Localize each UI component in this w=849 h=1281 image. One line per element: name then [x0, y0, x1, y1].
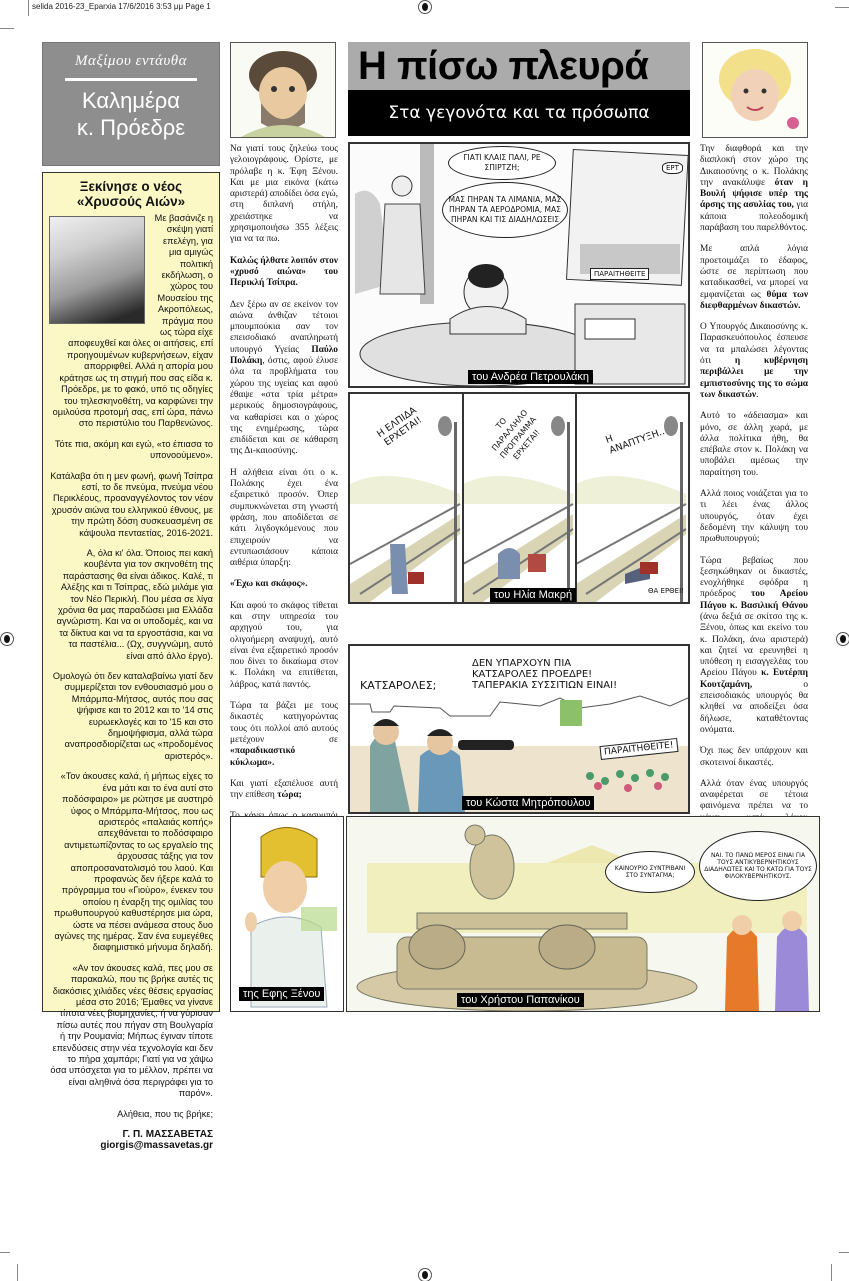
cartoon-credit: της Εφης Ξένου — [239, 987, 324, 1001]
paragraph: Αλήθεια, που τις βρήκε; — [49, 1109, 213, 1120]
section-title: Η πίσω πλευρά — [348, 42, 690, 90]
tv-logo: ΕΡΤ — [662, 162, 683, 174]
paragraph: Όχι πως δεν υπάρχουν και σκοτεινοί δικασ… — [700, 746, 808, 769]
paragraph: Δεν ξέρω αν σε εκείνον τον αιώνα άνθιζαν… — [230, 300, 338, 458]
paragraph: Καλώς ήλθατε λοιπόν στον «χρυσό αιώνα» τ… — [230, 256, 338, 290]
cartoon-mitropoulos: ΚΑΤΣΑΡΟΛΕΣ; ΔΕΝ ΥΠΑΡΧΟΥΝ ΠΙΑ ΚΑΤΣΑΡΟΛΕΣ … — [348, 644, 690, 814]
tv-banner: ΠΑΡΑΙΤΗΘΕΙΤΕ — [590, 268, 649, 280]
print-slug: selida 2016-23_Eparxia 17/6/2016 3:53 μμ… — [32, 2, 211, 11]
crop-mark — [839, 1252, 849, 1253]
paragraph-text: . — [756, 390, 758, 400]
paragraph: Την διαφθορά και την διαπλοκή στον χώρο … — [700, 144, 808, 234]
speech-bubble: ΝΑΙ. ΤΟ ΠΑΝΩ ΜΕΡΟΣ ΕΙΝΑΙ ΓΙΑ ΤΟΥΣ ΑΝΤΙΚΥ… — [699, 831, 817, 901]
registration-mark-icon — [418, 0, 432, 14]
speech-text: ΔΕΝ ΥΠΑΡΧΟΥΝ ΠΙΑ ΚΑΤΣΑΡΟΛΕΣ ΠΡΟΕΔΡΕ! ΤΑΠ… — [472, 658, 622, 691]
crop-mark — [0, 1252, 10, 1253]
commentary-column: Να γιατί τους ζηλεύω τους γελοιογράφους.… — [230, 144, 338, 888]
crop-mark — [28, 0, 29, 16]
cartoon-credit: του Ηλία Μακρή — [490, 588, 576, 602]
paragraph: Τότε πια, ακόμη και εγώ, «το έπιασα το υ… — [49, 439, 213, 462]
paragraph: Αυτό το «άδειασμα» και μόνο, σε άλλη χωρ… — [700, 411, 808, 479]
headline-line: «Χρυσούς Αιών» — [77, 194, 185, 209]
author-photo — [49, 216, 145, 324]
speech-text: ΚΑΤΣΑΡΟΛΕΣ; — [360, 680, 436, 691]
paragraph: Με απλά λόγια προετοιμάζει το έδαφος, ώσ… — [700, 244, 808, 312]
speech-bubble: ΓΙΑΤΙ ΚΛΑΙΣ ΠΑΛΙ, ΡΕ ΣΠΙΡΤΖΗ; — [448, 146, 556, 180]
registration-mark-icon — [0, 632, 14, 646]
speech-bubble: ΜΑΣ ΠΗΡΑΝ ΤΑ ΛΙΜΑΝΙΑ, ΜΑΣ ΠΗΡΑΝ ΤΑ ΑΕΡΟΔ… — [442, 182, 568, 238]
paragraph: Και αφού το σκάφος τίθεται και στην υπηρ… — [230, 601, 338, 691]
bold-text: «Έχω και σκάφος». — [230, 579, 308, 589]
paragraph: «Έχω και σκάφος». — [230, 579, 338, 590]
column-kicker: Μαξίμου εντάυθα — [43, 53, 219, 70]
crop-mark — [17, 1264, 18, 1281]
paragraph: «Τον άκουσες καλά, ή μήπως είχες το ένα … — [49, 771, 213, 954]
paragraph: Με βασάνιζε η σκέψη γιατί επελέγη, για μ… — [49, 213, 213, 430]
cartoon-papanikou: ΚΑΙΝΟΥΡΙΟ ΣΥΝΤΡΙΒΑΝΙ ΣΤΟ ΣΥΝΤΑΓΜΑ; ΝΑΙ. … — [346, 816, 820, 1012]
commentary-column-right: Την διαφθορά και την διαπλοκή στον χώρο … — [700, 144, 808, 868]
column-title: Καλημέρα — [43, 87, 219, 114]
cartoon-xenou: της Εφης Ξένου — [230, 816, 344, 1012]
headline-line: Ξεκίνησε ο νέος — [80, 179, 182, 194]
bold-text: Καλώς ήλθατε λοιπόν στον «χρυσό αιώνα» τ… — [230, 256, 338, 289]
column-title: κ. Πρόεδρε — [43, 114, 219, 141]
paragraph: «Αν τον άκουσες καλά, πες μου σε παρακαλ… — [49, 963, 213, 1100]
paragraph: Αλλά ποιος νοιάζεται για το τι λέει ένας… — [700, 489, 808, 545]
cartoon-credit: του Ανδρέα Πετρουλάκη — [468, 370, 593, 384]
speech-bubble: ΚΑΙΝΟΥΡΙΟ ΣΥΝΤΡΙΒΑΝΙ ΣΤΟ ΣΥΝΤΑΓΜΑ; — [605, 851, 695, 893]
caricature-thanou — [702, 42, 808, 138]
bold-text: «παραδικαστικό κύκλωμα». — [230, 746, 295, 767]
cartoon-credit: του Κώστα Μητρόπουλου — [462, 796, 594, 810]
paragraph: Ο Υπουργός Δικαιοσύνης κ. Παρασκευόπουλο… — [700, 322, 808, 401]
registration-mark-icon — [418, 1268, 432, 1281]
section-subtitle: Στα γεγονότα και τα πρόσωπα — [348, 90, 690, 136]
article-headline: Ξεκίνησε ο νέος «Χρυσούς Αιών» — [49, 179, 213, 209]
crop-mark — [0, 28, 14, 29]
opinion-article: Ξεκίνησε ο νέος «Χρυσούς Αιών» Με βασάνι… — [42, 172, 220, 1012]
divider — [65, 78, 197, 81]
cartoon-credit: του Χρήστου Παπανίκου — [457, 993, 584, 1007]
author-name: Γ. Π. ΜΑΣΣΑΒΕΤΑΣ — [49, 1129, 213, 1140]
column-header: Μαξίμου εντάυθα Καλημέρα κ. Πρόεδρε — [42, 42, 220, 166]
crop-mark — [835, 7, 849, 8]
paragraph: Τώρα βεβαίως που ξεσηκώθηκαν οι δικαστές… — [700, 556, 808, 737]
speech-bubble: ΘΑ ΕΡΘΕΙ! — [648, 586, 684, 597]
paragraph: Κατάλαβα ότι η μεν φωνή, φωνή Τσίπρα εστ… — [49, 471, 213, 539]
paragraph: Α, όλα κι' όλα. Όποιος πει κακή κουβέντα… — [49, 548, 213, 662]
paragraph: Και γιατί εξαπέλυσε αυτή την επίθεση τώρ… — [230, 779, 338, 802]
cartoon-makris: Η ΕΛΠΙΔΑ ΕΡΧΕΤΑΙ! ΤΟ ΠΑΡΑΛΛΗΛΟ ΠΡΟΓΡΑΜΜΑ… — [348, 392, 690, 604]
bold-text: τώρα; — [277, 790, 302, 800]
paragraph: Η αλήθεια είναι ότι ο κ. Πολάκης έχει έν… — [230, 468, 338, 570]
registration-mark-icon — [836, 632, 849, 646]
cartoon-petroulakis: ΓΙΑΤΙ ΚΛΑΙΣ ΠΑΛΙ, ΡΕ ΣΠΙΡΤΖΗ; ΜΑΣ ΠΗΡΑΝ … — [348, 142, 690, 388]
author-email[interactable]: giorgis@massavetas.gr — [49, 1140, 213, 1151]
crop-mark — [831, 1264, 832, 1281]
paragraph: Να γιατί τους ζηλεύω τους γελοιογράφους.… — [230, 144, 338, 246]
paragraph-text: Τώρα τα βάζει με τους δικαστές κατηγορών… — [230, 701, 338, 745]
caricature-polakis — [230, 42, 336, 138]
paragraph: Ομολογώ ότι δεν καταλαβαίνω γιατί δεν συ… — [49, 671, 213, 762]
paragraph: Τώρα τα βάζει με τους δικαστές κατηγορών… — [230, 701, 338, 769]
paragraph-text: , όστις, αφού έλυσε όλα τα προβλήματα το… — [230, 356, 338, 456]
